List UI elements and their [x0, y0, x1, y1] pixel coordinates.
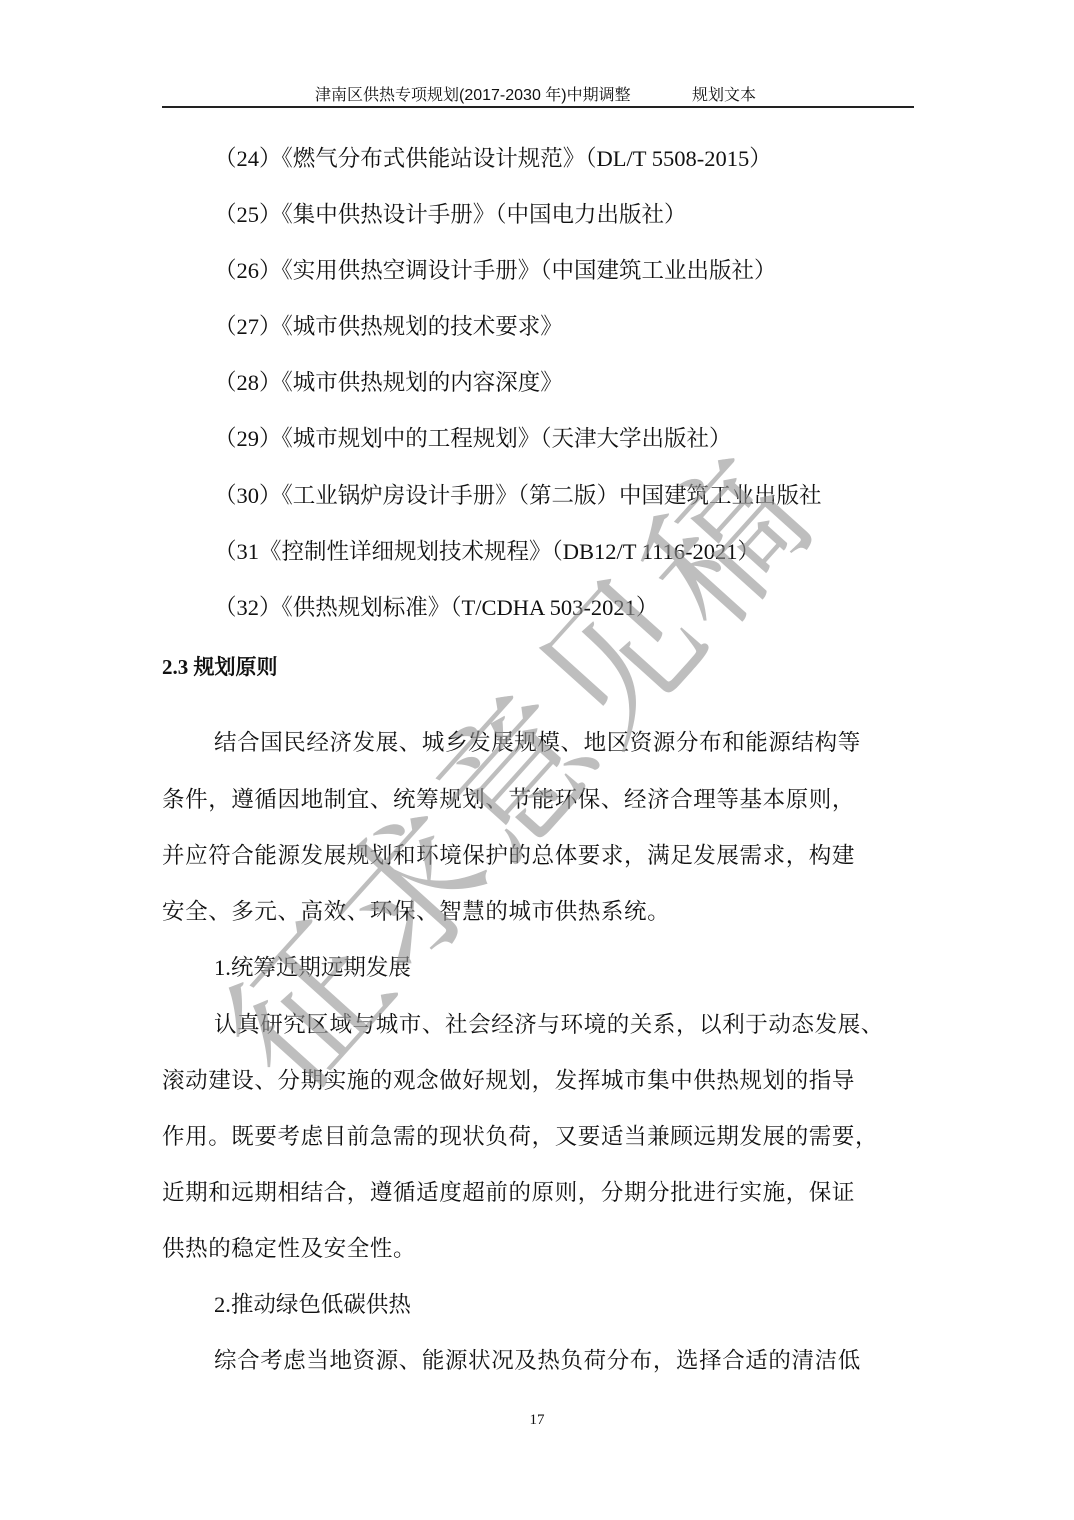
document-page: 津南区供热专项规划(2017-2030 年)中期调整 规划文本 （24）《燃气分…: [0, 0, 1074, 1520]
page-header: 津南区供热专项规划(2017-2030 年)中期调整 规划文本: [162, 80, 914, 108]
reference-item: （29）《城市规划中的工程规划》（天津大学出版社）: [214, 424, 732, 454]
principle-1-title: 1.统筹近期远期发展: [214, 953, 411, 983]
paragraph-line: 结合国民经济发展、城乡发展规模、地区资源分布和能源结构等: [214, 728, 966, 758]
reference-item: （27）《城市供热规划的技术要求》: [214, 312, 563, 342]
header-section: 规划文本: [692, 82, 756, 105]
reference-item: （31《控制性详细规划技术规程》（DB12/T 1116-2021）: [214, 537, 760, 567]
paragraph-line: 滚动建设、分期实施的观念做好规划，发挥城市集中供热规划的指导: [162, 1066, 914, 1096]
section-heading: 2.3 规划原则: [162, 652, 278, 682]
principle-2-title: 2.推动绿色低碳供热: [214, 1290, 411, 1320]
paragraph-line: 认真研究区域与城市、社会经济与环境的关系，以利于动态发展、: [214, 1010, 966, 1040]
reference-item: （32）《供热规划标准》（T/CDHA 503-2021）: [214, 593, 658, 623]
paragraph-line: 并应符合能源发展规划和环境保护的总体要求，满足发展需求，构建: [162, 841, 914, 871]
paragraph-line: 安全、多元、高效、环保、智慧的城市供热系统。: [162, 897, 914, 927]
reference-item: （25）《集中供热设计手册》（中国电力出版社）: [214, 200, 687, 230]
page-number: 17: [0, 1412, 1074, 1429]
reference-item: （24）《燃气分布式供能站设计规范》（DL/T 5508-2015）: [214, 144, 772, 174]
paragraph-line: 综合考虑当地资源、能源状况及热负荷分布，选择合适的清洁低: [214, 1346, 966, 1376]
paragraph-line: 供热的稳定性及安全性。: [162, 1234, 914, 1264]
header-title: 津南区供热专项规划(2017-2030 年)中期调整: [315, 82, 631, 105]
paragraph-line: 条件，遵循因地制宜、统筹规划、节能环保、经济合理等基本原则，: [162, 785, 914, 815]
reference-item: （30）《工业锅炉房设计手册》（第二版）中国建筑工业出版社: [214, 481, 822, 511]
paragraph-line: 近期和远期相结合，遵循适度超前的原则，分期分批进行实施，保证: [162, 1178, 914, 1208]
paragraph-line: 作用。既要考虑目前急需的现状负荷，又要适当兼顾远期发展的需要，: [162, 1122, 914, 1152]
reference-item: （26）《实用供热空调设计手册》（中国建筑工业出版社）: [214, 256, 777, 286]
reference-item: （28）《城市供热规划的内容深度》: [214, 368, 563, 398]
